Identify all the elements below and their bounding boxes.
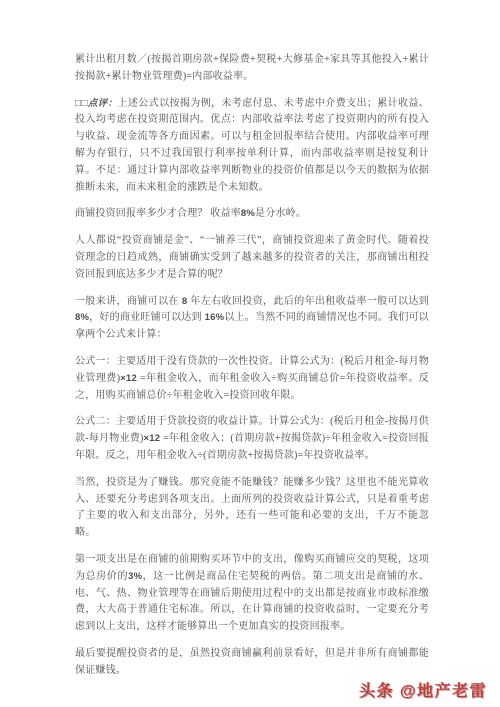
paragraph-formula-irr: 累计出租月数／(按揭首期房款+保险费+契税+大修基金+家具等其他投入+累计按揭款…: [75, 52, 429, 86]
text-segment: 当然，投资是为了赚钱。那究竟能不能赚钱？能赚多少钱？这里也不能光算收入、还要充分…: [75, 477, 429, 538]
text-segment: 一般来讲，商铺可以在: [75, 296, 179, 307]
paragraph-formula-two: 公式二：主要适用于贷款投资的收益计算。计算公式为：(税后月租金-按揭月供款-每月…: [75, 414, 429, 464]
text-segment: ×12: [144, 433, 164, 444]
article-body: 累计出租月数／(按揭首期房款+保险费+契税+大修基金+家具等其他投入+累计按揭款…: [75, 52, 429, 680]
text-segment: 上述公式以按揭为例，未考虑付息、未考虑中介费支出；累计收益、投入均考虑在投资期范…: [75, 98, 429, 193]
text-segment: 商铺投资回报率多少才合理？ 收益率: [75, 208, 241, 219]
paragraph-question-heading: 商铺投资回报率多少才合理？ 收益率8%是分水岭。: [75, 206, 429, 223]
text-segment: 最后要提醒投资者的是，虽然投资商铺赢利前景看好，但是并非所有商铺都能保证赚钱。: [75, 648, 429, 676]
text-segment: □□: [75, 98, 88, 109]
paragraph-general-returns: 一般来讲，商铺可以在 8 年左右收回投资，此后的年出租收益率一般可以达到 8%，…: [75, 294, 429, 344]
paragraph-intro: 人人都说“投资商铺是金”、“一铺养三代”，商铺投资迎来了黄金时代。随着投资理念的…: [75, 233, 429, 283]
text-segment: 8%: [241, 208, 255, 219]
text-segment: ×12: [120, 373, 140, 384]
text-segment: 8%: [75, 312, 89, 323]
paragraph-reminder: 最后要提醒投资者的是，虽然投资商铺赢利前景看好，但是并非所有商铺都能保证赚钱。: [75, 646, 429, 680]
text-segment: 3%: [128, 571, 142, 582]
text-segment: 人人都说“投资商铺是金”、“一铺养三代”，商铺投资迎来了黄金时代。随着投资理念的…: [75, 235, 429, 280]
toutiao-watermark: 头条 @地产老雷: [359, 678, 487, 701]
paragraph-commentary: □□点评：上述公式以按揭为例，未考虑付息、未考虑中介费支出；累计收益、投入均考虑…: [75, 96, 429, 197]
text-segment: 16%: [202, 312, 225, 323]
text-segment: 点评：: [88, 98, 118, 109]
paragraph-formula-one: 公式一：主要适用于没有贷款的一次性投资。计算公式为：(税后月租金-每月物业管理费…: [75, 354, 429, 404]
text-segment: 8: [179, 296, 191, 307]
article-page: 累计出租月数／(按揭首期房款+保险费+契税+大修基金+家具等其他投入+累计按揭款…: [0, 0, 500, 707]
paragraph-profit-caveat: 当然，投资是为了赚钱。那究竟能不能赚钱？能赚多少钱？这里也不能光算收入、还要充分…: [75, 475, 429, 542]
paragraph-expenses: 第一项支出是在商铺的前期购买环节中的支出，像购买商铺应交的契税，这项为总房价的3…: [75, 552, 429, 636]
text-segment: 年左右收回投资，此后的年出租收益率一般可以达到: [190, 296, 429, 307]
text-segment: 累计出租月数／(按揭首期房款+保险费+契税+大修基金+家具等其他投入+累计按揭款…: [75, 54, 429, 82]
text-segment: ，好的商业旺铺可以达到: [89, 312, 202, 323]
text-segment: 是分水岭。: [255, 208, 306, 219]
